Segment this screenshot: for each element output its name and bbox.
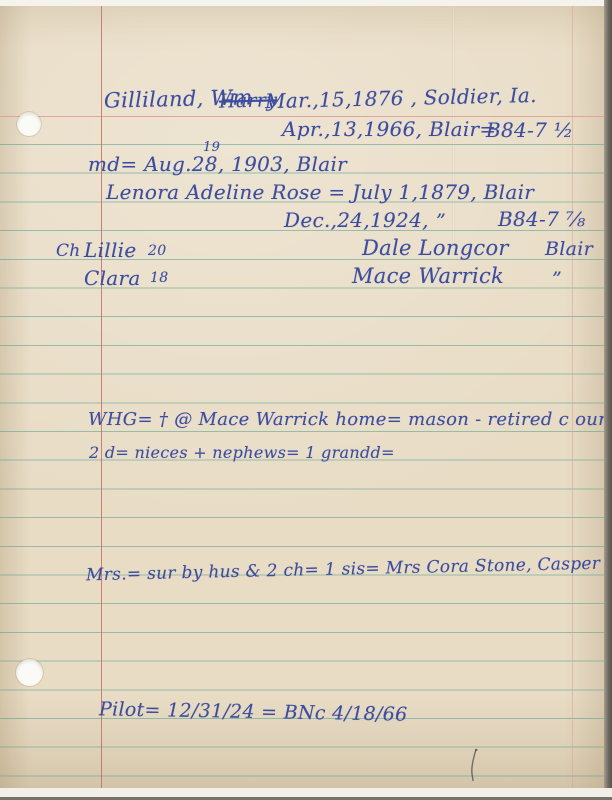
family-note: 2 d= nieces + nephews= 1 grandd= — [89, 443, 395, 462]
children-label: Ch — [56, 241, 81, 261]
burial-ref-2-text: B84-7 ⅞ — [498, 207, 585, 231]
left-margin-line — [101, 5, 102, 789]
child-1-spouse: Dale Longcor — [362, 236, 509, 260]
scan-edge-right — [604, 0, 612, 800]
child-1-place: Blair — [545, 238, 593, 260]
marriage-date-text: md= Aug.28, 1903, Blair — [88, 152, 347, 176]
household-note: WHG= † @ Mace Warrick home= mason - reti… — [88, 409, 612, 430]
child-2-place-ditto: ” — [552, 268, 562, 290]
scan-edge-bottom — [0, 788, 612, 800]
spouse-name-text: Lenora Adeline Rose = July 1,1879, Blair — [106, 180, 534, 204]
scan-edge-top — [0, 0, 612, 6]
child-1-age: 20 — [148, 243, 166, 259]
child-2-age: 18 — [150, 270, 168, 286]
child-2-spouse: Mace Warrick — [352, 264, 504, 288]
death-date-text: Apr.,13,1966, Blair= — [282, 117, 496, 141]
burial-ref-1-text: B84-7 ½ — [486, 118, 573, 142]
punch-hole-top — [17, 112, 41, 136]
child-1-name: Lillie — [84, 238, 137, 262]
scanned-document: { "document_type": "handwritten genealog… — [0, 0, 612, 800]
punch-hole-bottom — [16, 659, 43, 686]
spouse-death-text: Dec.,24,1924, — [284, 208, 429, 232]
ink-scratch-mark — [468, 748, 482, 782]
ditto-mark: ” — [436, 210, 446, 232]
child-2-name: Clara — [84, 266, 141, 290]
